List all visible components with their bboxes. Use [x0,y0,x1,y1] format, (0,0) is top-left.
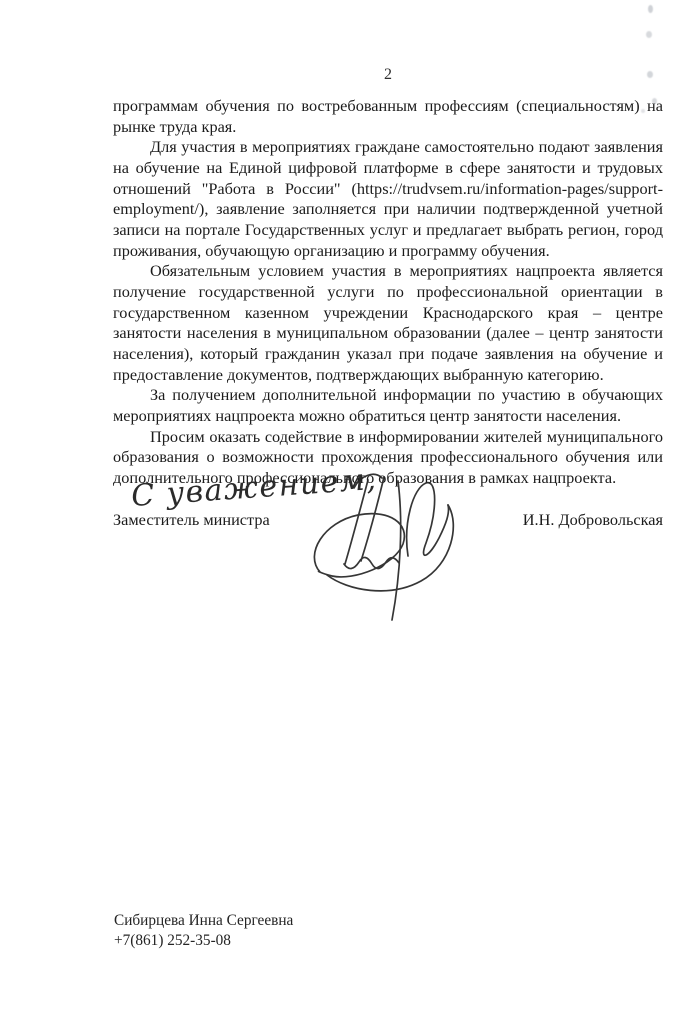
scan-artifact [647,71,653,78]
document-body: программам обучения по востребованным пр… [113,96,663,488]
scanned-letter-page: 2 программам обучения по востребованным … [0,0,678,1024]
text-line: получение государственной услуги по проф… [113,282,663,303]
text-line: проживания, обучающую организацию и прог… [113,241,663,262]
signer-name: И.Н. Добровольская [523,510,663,530]
page-number: 2 [113,66,663,84]
text-line: мероприятиях нацпроекта можно обратиться… [113,406,663,427]
text-line: employment/), заявление заполняется при … [113,199,663,220]
text-line: занятости населения в муниципальном обра… [113,323,663,344]
scan-artifact [648,5,653,13]
text-line: рынке труда края. [113,117,663,138]
text-line: записи на портале Государственных услуг … [113,220,663,241]
scan-artifact [646,31,652,38]
footer-contact: Сибирцева Инна Сергеевна +7(861) 252-35-… [114,911,293,950]
text-line: на обучение на Единой цифровой платформе… [113,158,663,179]
text-line: дополнительного профессионального образо… [113,468,663,489]
text-line: Обязательным условием участия в мероприя… [113,261,663,282]
scan-artifact [641,109,645,113]
scan-artifact [652,98,657,104]
text-line: Просим оказать содействие в информирован… [113,427,663,448]
signature-scribble-icon [280,468,470,628]
text-line: государственном казенном учреждении Крас… [113,303,663,324]
text-line: образования о возможности прохождения пр… [113,447,663,468]
text-line: населения), который гражданин указал при… [113,344,663,365]
signer-title: Заместитель министра [113,510,270,530]
signature-row: Заместитель министра И.Н. Добровольская [113,510,663,530]
text-line: программам обучения по востребованным пр… [113,96,663,117]
text-line: предоставление документов, подтверждающи… [113,365,663,386]
contact-name: Сибирцева Инна Сергеевна [114,911,293,931]
contact-phone: +7(861) 252-35-08 [114,931,293,951]
text-line: За получением дополнительной информации … [113,385,663,406]
text-line: отношений "Работа в России" (https://tru… [113,179,663,200]
text-line: Для участия в мероприятиях граждане само… [113,137,663,158]
